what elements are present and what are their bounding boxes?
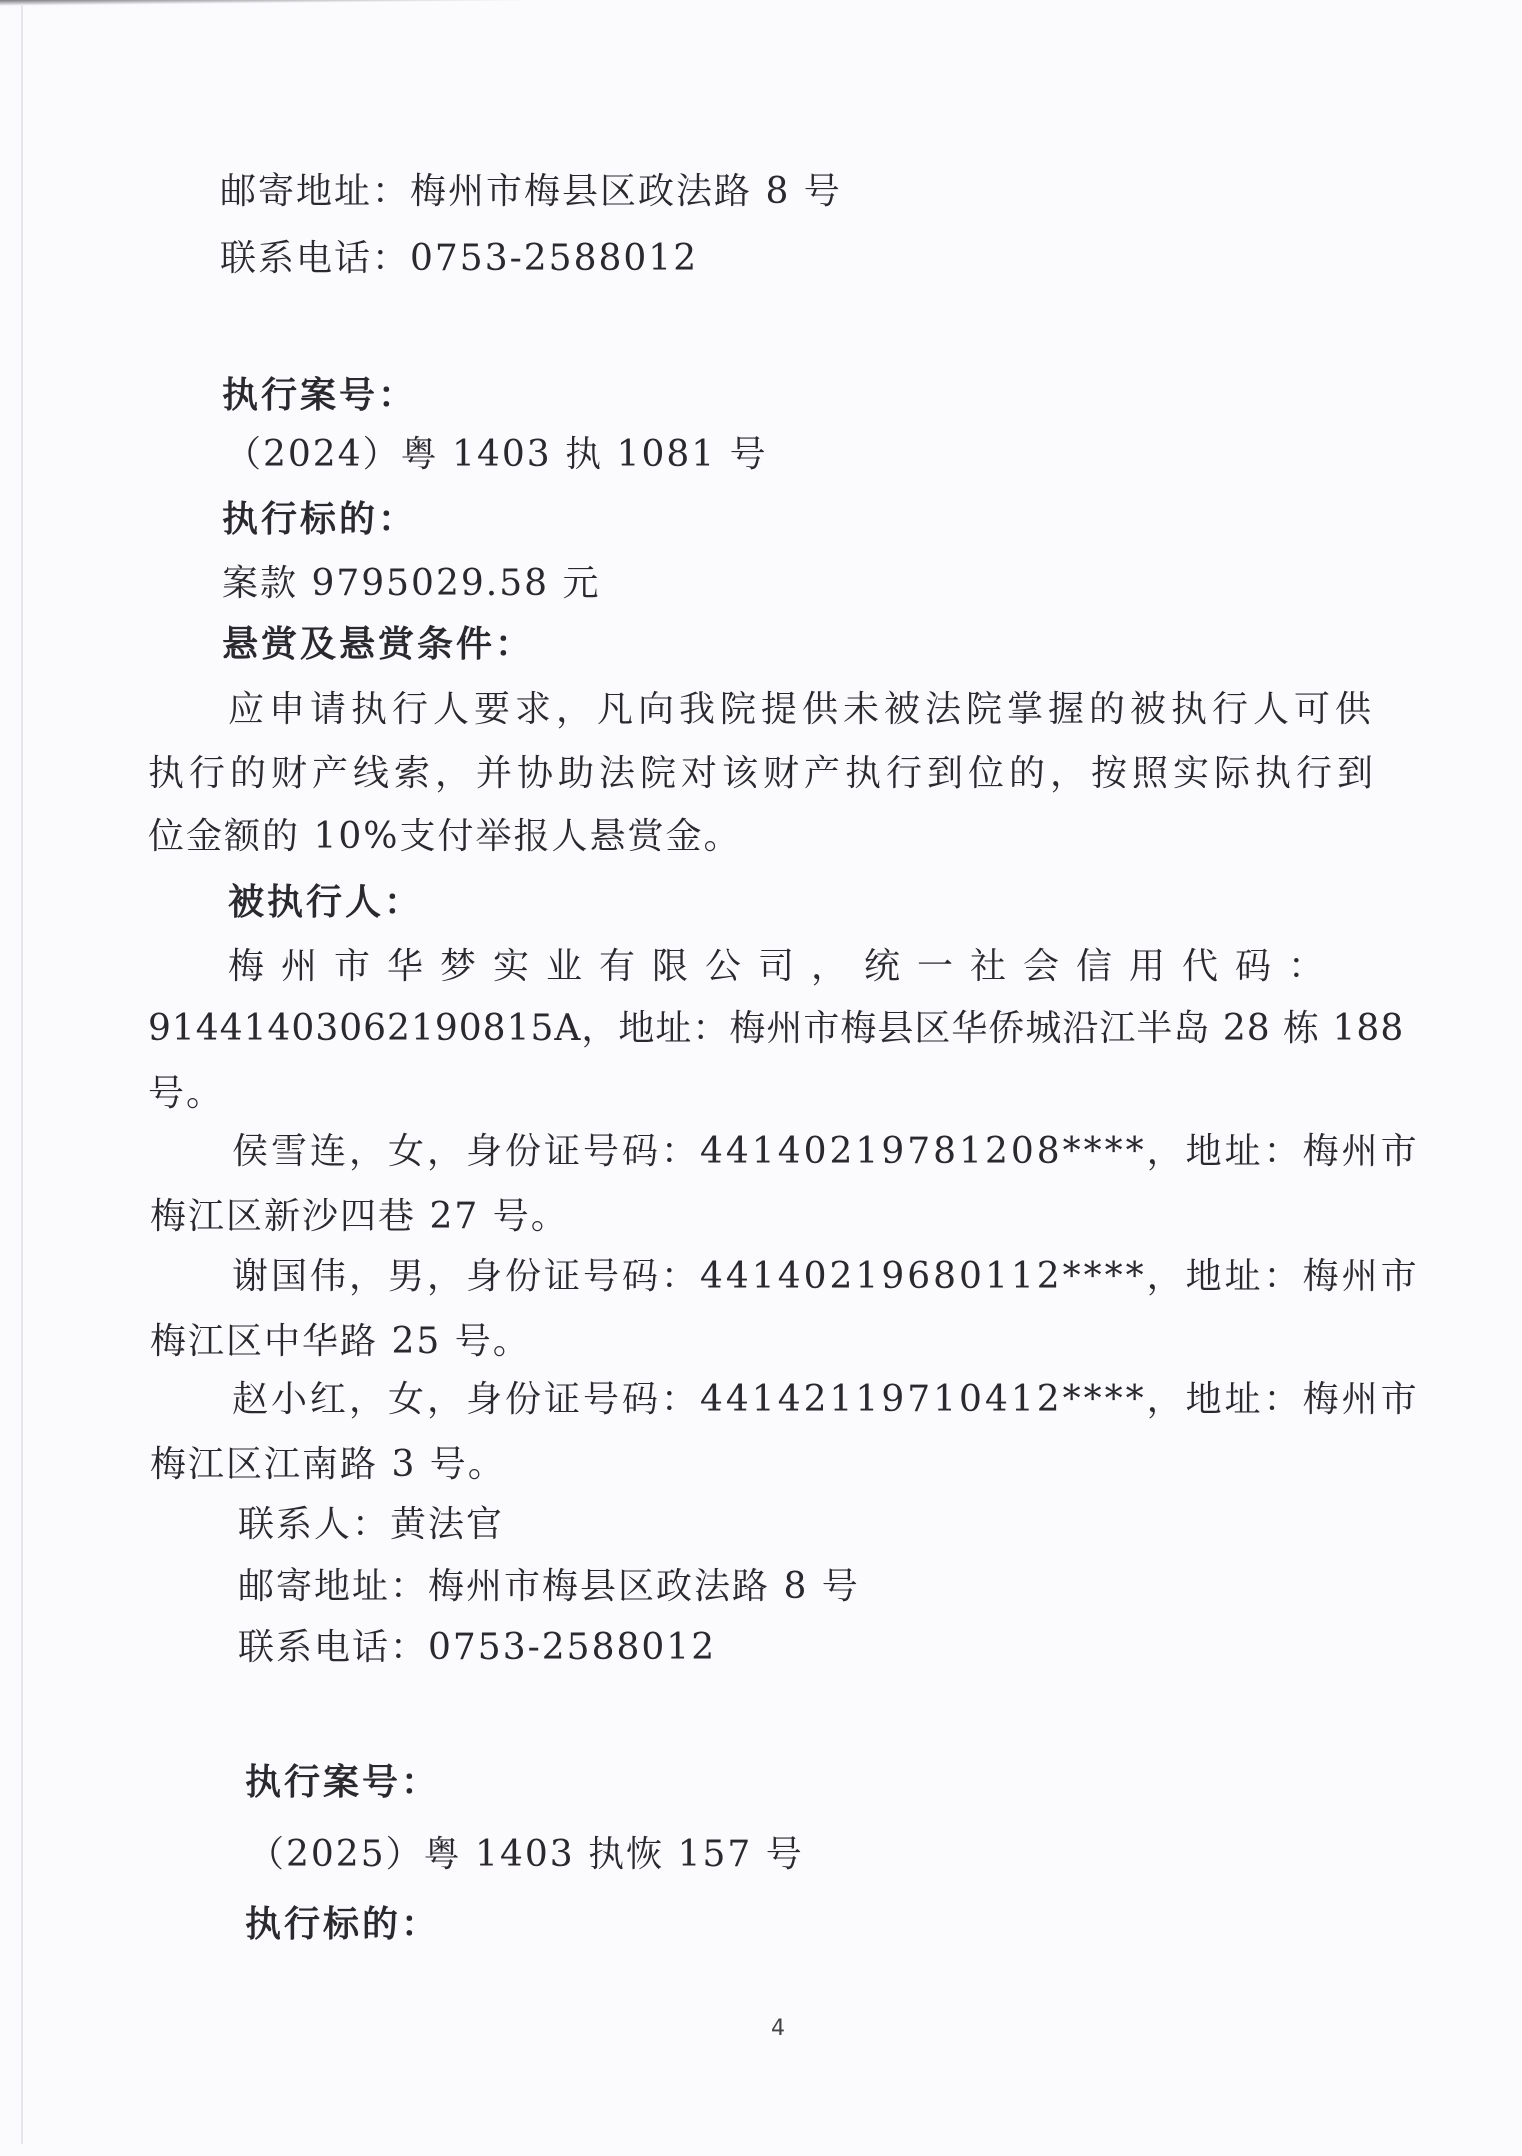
respondent-person-address: 梅江区中华路 25 号。: [150, 1320, 531, 1364]
respondent-person-line: 谢国伟，男，身份证号码：44140219680112****，地址：梅州市: [232, 1255, 1420, 1299]
respondent-person-line: 赵小红，女，身份证号码：44142119710412****，地址：梅州市: [232, 1378, 1420, 1422]
subject-amount: 案款 9795029.58 元: [222, 562, 600, 606]
case-number: （2024）粤 1403 执 1081 号: [225, 433, 768, 477]
phone-top: 联系电话：0753-2588012: [220, 237, 698, 281]
phone: 联系电话：0753-2588012: [238, 1626, 716, 1670]
subject-label: 执行标的：: [222, 497, 417, 541]
company-line: 号。: [148, 1072, 224, 1116]
case-number: （2025）粤 1403 执恢 157 号: [248, 1833, 804, 1877]
reward-text-line: 位金额的 10%支付举报人悬赏金。: [148, 815, 741, 859]
scan-edge-line: [21, 4, 23, 2144]
respondent-person-address: 梅江区江南路 3 号。: [150, 1443, 506, 1487]
respondent-person-address: 梅江区新沙四巷 27 号。: [150, 1195, 569, 1239]
respondents-label: 被执行人：: [228, 880, 423, 924]
reward-text-line: 执行的财产线索，并协助法院对该财产执行到位的，按照实际执行到: [148, 752, 1378, 796]
reward-text-line: 应申请执行人要求，凡向我院提供未被法院掌握的被执行人可供: [228, 688, 1376, 732]
reward-label: 悬赏及悬赏条件：: [222, 622, 534, 666]
respondent-person-line: 侯雪连，女，身份证号码：44140219781208****，地址：梅州市: [232, 1130, 1420, 1174]
company-line: 91441403062190815A，地址：梅州市梅县区华侨城沿江半岛 28 栋…: [148, 1007, 1404, 1051]
contact-person: 联系人：黄法官: [238, 1503, 504, 1547]
page-number: 4: [771, 2016, 785, 2041]
company-line: 梅州市华梦实业有限公司，统一社会信用代码：: [228, 945, 1341, 989]
subject-label: 执行标的：: [245, 1902, 440, 1946]
mail-address-top: 邮寄地址：梅州市梅县区政法路 8 号: [220, 170, 842, 214]
scan-edge-shadow: [0, 0, 520, 6]
case-number-label: 执行案号：: [222, 373, 417, 417]
case-number-label: 执行案号：: [245, 1760, 440, 1804]
mail-address: 邮寄地址：梅州市梅县区政法路 8 号: [238, 1565, 860, 1609]
